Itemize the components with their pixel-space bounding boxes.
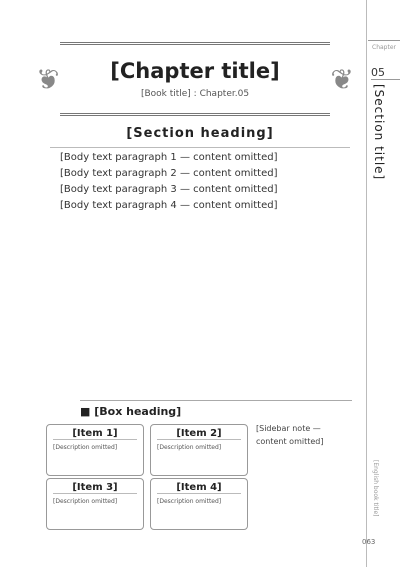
- page-subtitle: [Book title] : Chapter.05: [60, 89, 330, 99]
- card-title: [Item 1]: [53, 428, 137, 440]
- page-number: 063: [362, 538, 375, 546]
- card-text: [Description omitted]: [151, 443, 247, 452]
- sidebar-rule: [366, 0, 367, 567]
- body-text: [Body text paragraph 1 — content omitted…: [50, 150, 350, 214]
- page-title: [Chapter title]: [60, 59, 330, 83]
- card: [Item 3][Description omitted]: [46, 478, 144, 530]
- sidebar-divider: [368, 40, 400, 41]
- section-heading: [Section heading]: [50, 126, 350, 148]
- card-text: [Description omitted]: [151, 497, 247, 506]
- card-title: [Item 4]: [157, 482, 241, 494]
- paragraph: [Body text paragraph 1 — content omitted…: [50, 150, 350, 166]
- box-heading: ■ [Box heading]: [80, 400, 352, 418]
- box-side-note: [Sidebar note — content omitted]: [256, 422, 352, 448]
- english-vertical-title: [English book title]: [372, 460, 379, 517]
- section-vertical-title: [Section title]: [372, 84, 386, 180]
- paragraph: [Body text paragraph 3 — content omitted…: [50, 182, 350, 198]
- card: [Item 2][Description omitted]: [150, 424, 248, 476]
- chapter-label: Chapter: [372, 44, 396, 51]
- chapter-number: 05: [371, 66, 400, 80]
- title-frame: [Chapter title] [Book title] : Chapter.0…: [60, 42, 330, 116]
- card: [Item 4][Description omitted]: [150, 478, 248, 530]
- paragraph: [Body text paragraph 2 — content omitted…: [50, 166, 350, 182]
- card-text: [Description omitted]: [47, 497, 143, 506]
- card-title: [Item 3]: [53, 482, 137, 494]
- card-text: [Description omitted]: [47, 443, 143, 452]
- paragraph: [Body text paragraph 4 — content omitted…: [50, 198, 350, 214]
- card: [Item 1][Description omitted]: [46, 424, 144, 476]
- card-title: [Item 2]: [157, 428, 241, 440]
